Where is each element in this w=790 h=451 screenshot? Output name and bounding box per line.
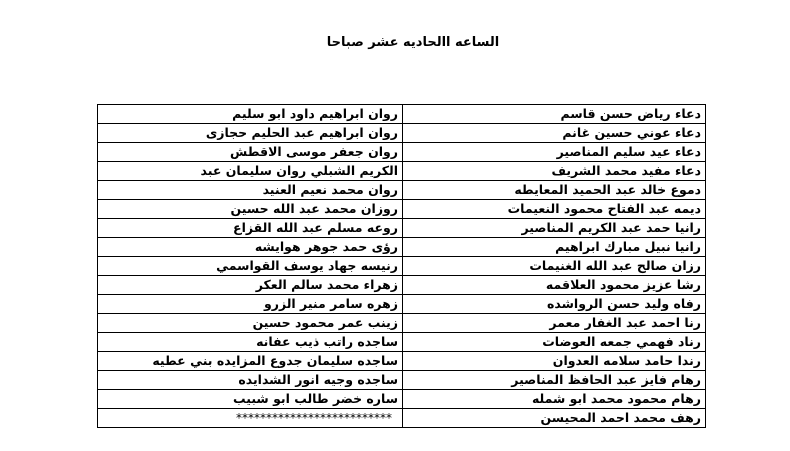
table-row: رندا حامد سلامه العدوان ساجده سليمان جدو… — [98, 352, 706, 371]
name-cell-right: رهام محمود محمد ابو شمله — [403, 390, 706, 409]
name-cell-left: ساجده سليمان جدوع المزايده بني عطيه — [98, 352, 403, 371]
table-row: رزان صالح عبد الله الغنيمات رنيسه جهاد ي… — [98, 257, 706, 276]
name-cell-right: دعاء مفيد محمد الشريف — [403, 162, 706, 181]
name-cell-left: روان محمد نعيم العنيد — [98, 181, 403, 200]
name-cell-right: رانيا نبيل مبارك ابراهيم — [403, 238, 706, 257]
name-cell-right: رزان صالح عبد الله الغنيمات — [403, 257, 706, 276]
name-cell-right: رهف محمد احمد المحيسن — [403, 409, 706, 428]
table-row: رناد فهمي جمعه العوضات ساجده راتب ذيب عف… — [98, 333, 706, 352]
names-table: دعاء رياض حسن قاسم روان ابراهيم داود ابو… — [97, 104, 706, 428]
name-cell-right: دعاء رياض حسن قاسم — [403, 105, 706, 124]
page-title: الساعه االحاديه عشر صباحا — [0, 34, 790, 52]
table-row: دموع خالد عبد الحميد المعايطه روان محمد … — [98, 181, 706, 200]
table-row: رنا احمد عبد الغفار معمر زينب عمر محمود … — [98, 314, 706, 333]
placeholder-stars-cell: ************************** — [98, 409, 403, 428]
name-cell-right: رفاه وليد حسن الرواشده — [403, 295, 706, 314]
name-cell-left: الكريم الشبلي روان سليمان عبد — [98, 162, 403, 181]
name-cell-left: رؤى حمد جوهر هوايشه — [98, 238, 403, 257]
name-cell-left: روان جعفر موسى الاقطش — [98, 143, 403, 162]
table-row: رهام فايز عبد الحافظ المناصير ساجده وجيه… — [98, 371, 706, 390]
name-cell-right: ديمه عبد الفتاح محمود النعيمات — [403, 200, 706, 219]
name-cell-right: رنا احمد عبد الغفار معمر — [403, 314, 706, 333]
name-cell-right: رندا حامد سلامه العدوان — [403, 352, 706, 371]
name-cell-right: رشا عزيز محمود العلاقمه — [403, 276, 706, 295]
name-cell-right: دعاء عوني حسين غانم — [403, 124, 706, 143]
table-row: دعاء مفيد محمد الشريف الكريم الشبلي روان… — [98, 162, 706, 181]
name-cell-left: ساره خضر طالب ابو شبيب — [98, 390, 403, 409]
name-cell-right: رانيا حمد عبد الكريم المناصير — [403, 219, 706, 238]
name-cell-left: روعه مسلم عبد الله القزاع — [98, 219, 403, 238]
table-row: دعاء عوني حسين غانم روان ابراهيم عبد الح… — [98, 124, 706, 143]
name-cell-left: رنيسه جهاد يوسف القواسمي — [98, 257, 403, 276]
table-row: رهام محمود محمد ابو شمله ساره خضر طالب ا… — [98, 390, 706, 409]
table-row: دعاء عيد سليم المناصير روان جعفر موسى ال… — [98, 143, 706, 162]
table-row: رانيا نبيل مبارك ابراهيم رؤى حمد جوهر هو… — [98, 238, 706, 257]
name-cell-left: ساجده وجيه انور الشدايده — [98, 371, 403, 390]
table-row: ديمه عبد الفتاح محمود النعيمات روزان محم… — [98, 200, 706, 219]
table-row: رهف محمد احمد المحيسن ******************… — [98, 409, 706, 428]
name-cell-left: زينب عمر محمود حسين — [98, 314, 403, 333]
name-cell-right: دعاء عيد سليم المناصير — [403, 143, 706, 162]
name-cell-right: دموع خالد عبد الحميد المعايطه — [403, 181, 706, 200]
name-cell-left: روان ابراهيم عبد الحليم حجازى — [98, 124, 403, 143]
name-cell-left: زهره سامر منير الزرو — [98, 295, 403, 314]
table-row: رفاه وليد حسن الرواشده زهره سامر منير ال… — [98, 295, 706, 314]
table-row: دعاء رياض حسن قاسم روان ابراهيم داود ابو… — [98, 105, 706, 124]
name-cell-left: زهراء محمد سالم العكر — [98, 276, 403, 295]
table-row: رانيا حمد عبد الكريم المناصير روعه مسلم … — [98, 219, 706, 238]
table-row: رشا عزيز محمود العلاقمه زهراء محمد سالم … — [98, 276, 706, 295]
name-cell-right: رناد فهمي جمعه العوضات — [403, 333, 706, 352]
name-cell-left: روان ابراهيم داود ابو سليم — [98, 105, 403, 124]
name-cell-left: روزان محمد عبد الله حسين — [98, 200, 403, 219]
name-cell-left: ساجده راتب ذيب عفانه — [98, 333, 403, 352]
name-cell-right: رهام فايز عبد الحافظ المناصير — [403, 371, 706, 390]
